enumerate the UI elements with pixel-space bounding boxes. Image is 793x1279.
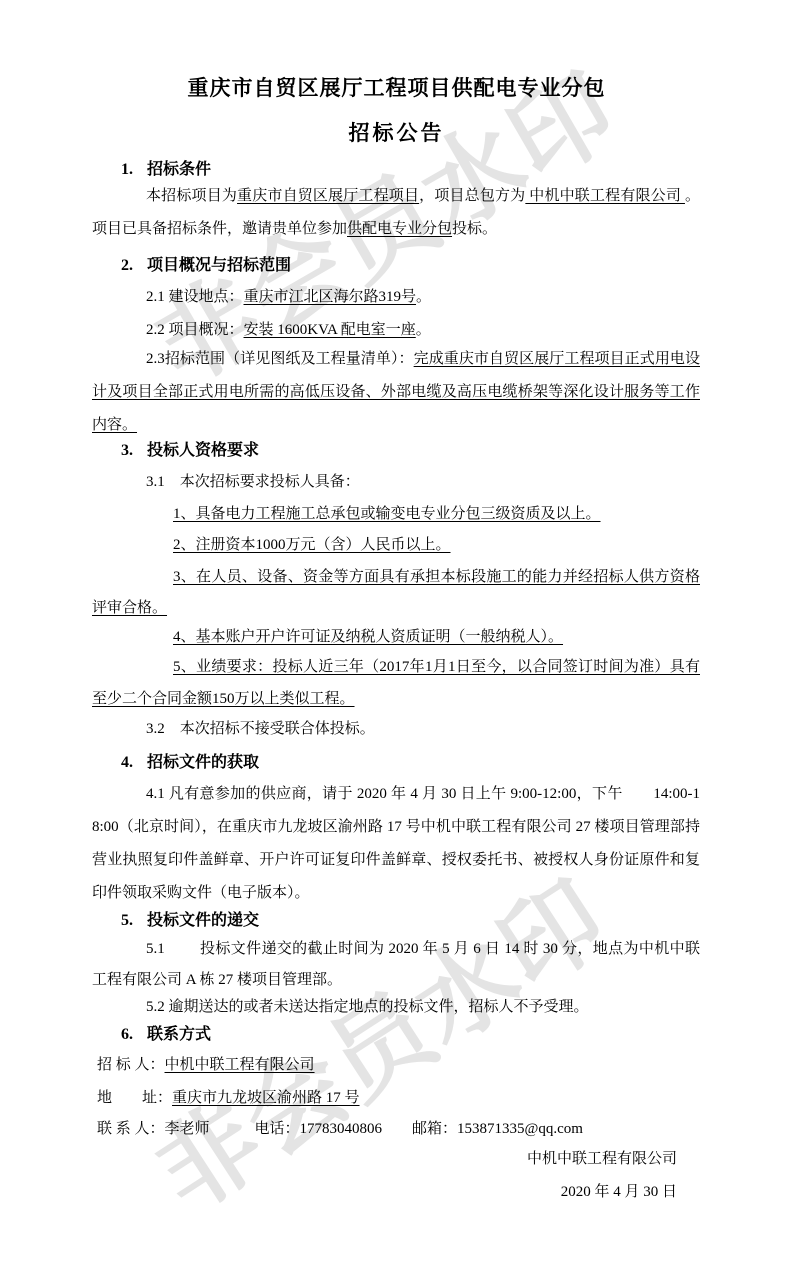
section-4-heading: 4.招标文件的获取 [121,752,700,774]
paragraph-1-1: 本招标项目为重庆市自贸区展厅工程项目，项目总包方为 中机中联工程有限公司 。项目… [92,180,700,246]
text-run: 投标文件的递交 [147,912,259,929]
text-run: 2.1 建设地点： [146,289,244,305]
section-2-heading: 2.项目概况与招标范围 [121,255,700,277]
section-3-heading: 3.投标人资格要求 [121,440,700,462]
text-run: 5. [121,912,133,929]
document-subtitle: 招标公告 [0,120,793,146]
text-run: 2.3招标范围（详见图纸及工程量清单）： [146,351,414,367]
underlined-text: 重庆市自贸区展厅工程项目 [237,188,419,204]
underlined-text: 中机中联工程有限公司 [525,188,685,204]
underlined-text: 5、业绩要求：投标人近三年（2017年1月1日至今，以合同签订时间为准）具有至少… [92,659,700,707]
text-run: 联 系 人：李老师 电话：17783040806 邮箱：153871335@qq… [97,1121,583,1137]
text-run: 投标。 [452,221,497,237]
section-1-heading: 1.招标条件 [121,159,700,181]
underlined-text: 供配电专业分包 [347,221,452,237]
section-5-heading: 5.投标文件的递交 [121,910,700,932]
text-run: 4.1 凡有意参加的供应商，请于 2020 年 4 月 30 日上午 9:00-… [92,786,700,901]
text-run: 本招标项目为 [146,188,237,204]
text-run: 2.2 项目概况： [146,322,244,338]
paragraph-2-1: 2.1 建设地点：重庆市江北区海尔路319号。 [92,281,700,314]
signature-company: 中机中联工程有限公司 [92,1143,700,1176]
qualification-item-3: 3、在人员、设备、资金等方面具有承担本标段施工的能力并经招标人供方资格评审合格。 [92,562,700,624]
text-run: 联系方式 [147,1026,211,1043]
paragraph-3-1: 3.1 本次招标要求投标人具备： [92,466,700,499]
qualification-item-2: 2、注册资本1000万元（含）人民币以上。 [92,529,700,562]
section-6-heading: 6.联系方式 [121,1024,700,1046]
text-run: 3.1 本次招标要求投标人具备： [146,474,360,490]
text-run: 招标文件的获取 [147,754,259,771]
underlined-text: 重庆市江北区海尔路319号 [244,289,417,305]
text-run: 。 [416,289,431,305]
paragraph-2-3: 2.3招标范围（详见图纸及工程量清单）：完成重庆市自贸区展厅工程项目正式用电设计… [92,343,700,442]
text-run: 地 址： [97,1090,172,1106]
underlined-text: 重庆市九龙坡区渝州路 17 号 [172,1090,360,1106]
qualification-item-1: 1、具备电力工程施工总承包或输变电专业分包三级资质及以上。 [92,498,700,531]
qualification-item-4: 4、基本账户开户许可证及纳税人资质证明（一般纳税人）。 [92,621,700,654]
text-run: 招标条件 [147,161,211,178]
paragraph-5-2: 5.2 逾期送达的或者未送达指定地点的投标文件，招标人不予受理。 [92,991,700,1024]
underlined-text: 2、注册资本1000万元（含）人民币以上。 [173,537,451,553]
paragraph-4-1: 4.1 凡有意参加的供应商，请于 2020 年 4 月 30 日上午 9:00-… [92,778,700,910]
text-run: 4. [121,754,133,771]
document-page: 非会员水印 非会员水印 重庆市自贸区展厅工程项目供配电专业分包 招标公告 1.招… [0,0,793,1279]
text-run: 投标人资格要求 [147,442,259,459]
text-run: 项目概况与招标范围 [147,257,291,274]
text-run: 6. [121,1026,133,1043]
underlined-text: 3、在人员、设备、资金等方面具有承担本标段施工的能力并经招标人供方资格评审合格。 [92,569,700,616]
text-run: 中机中联工程有限公司 [527,1151,677,1167]
underlined-text: 1、具备电力工程施工总承包或输变电专业分包三级资质及以上。 [173,506,601,522]
text-run: 5.2 逾期送达的或者未送达指定地点的投标文件，招标人不予受理。 [146,999,589,1015]
text-run: ，项目总包方为 [419,188,525,204]
text-run: 2020 年 4 月 30 日 [561,1184,677,1200]
text-run: 。 [416,322,431,338]
text-run: 3. [121,442,133,459]
text-run: 3.2 本次招标不接受联合体投标。 [146,721,375,737]
text-run: 1. [121,161,133,178]
contact-address-row: 地 址：重庆市九龙坡区渝州路 17 号 [97,1082,700,1115]
contact-bidder-row: 招 标 人：中机中联工程有限公司 [97,1049,700,1082]
paragraph-5-1: 5.1 投标文件递交的截止时间为 2020 年 5 月 6 日 14 时 30 … [92,934,700,996]
qualification-item-5: 5、业绩要求：投标人近三年（2017年1月1日至今，以合同签订时间为准）具有至少… [92,651,700,715]
document-title: 重庆市自贸区展厅工程项目供配电专业分包 [0,75,793,101]
paragraph-3-2: 3.2 本次招标不接受联合体投标。 [92,713,700,746]
text-run: 招 标 人： [97,1057,165,1073]
underlined-text: 4、基本账户开户许可证及纳税人资质证明（一般纳税人）。 [173,629,563,645]
text-run: 5.1 投标文件递交的截止时间为 2020 年 5 月 6 日 14 时 30 … [92,941,700,988]
underlined-text: 中机中联工程有限公司 [165,1057,315,1073]
text-run: 2. [121,257,133,274]
signature-date: 2020 年 4 月 30 日 [92,1176,700,1209]
contact-person-row: 联 系 人：李老师 电话：17783040806 邮箱：153871335@qq… [97,1113,700,1146]
underlined-text: 安装 1600KVA 配电室一座 [244,322,416,338]
